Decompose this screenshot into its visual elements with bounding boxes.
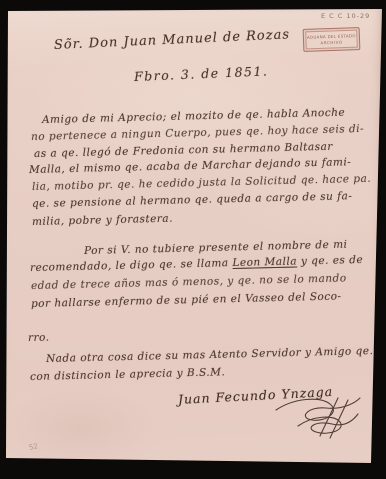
body-line: por hallarse enfermo de su pié en el Vas… — [31, 290, 342, 310]
letter-paper: E C C 10-29 ADUANA DEL ESTADO ARCHIVO Sõ… — [0, 0, 386, 479]
body-line: Amigo de mi Aprecio; el mozito de qe. ha… — [42, 107, 345, 126]
signature-rubric-flourish-icon — [268, 396, 364, 444]
body-line: Malla, el mismo qe. acaba de Marchar dej… — [29, 156, 352, 176]
body-line: rro. — [28, 331, 50, 344]
body-line-segment: y qe. es de — [297, 254, 363, 268]
body-line: no pertenece a ningun Cuerpo, pues qe. h… — [31, 123, 364, 143]
body-line: qe. se pensione al hermano qe. queda a c… — [32, 190, 353, 210]
pencil-note-top-right: E C C 10-29 — [321, 12, 370, 20]
body-line: edad de trece años mas ó menos, y qe. no… — [31, 272, 347, 292]
body-line: milia, pobre y forastera. — [32, 213, 173, 228]
body-line-segment: recomendado, le digo qe. se llama — [30, 257, 233, 274]
pencil-note-bottom-left: 52 — [28, 442, 38, 452]
salutation-line: Sõr. Don Juan Manuel de Rozas — [54, 27, 291, 53]
archive-stamp: ADUANA DEL ESTADO ARCHIVO — [303, 27, 361, 52]
date-line: Fbro. 3. de 1851. — [134, 63, 269, 84]
body-line: con distincion le aprecia y B.S.M. — [30, 366, 226, 383]
scan-background: E C C 10-29 ADUANA DEL ESTADO ARCHIVO Sõ… — [0, 0, 386, 479]
body-line: recomendado, le digo qe. se llama Leon M… — [30, 254, 363, 274]
recommended-name-underlined: Leon Malla — [232, 255, 297, 269]
body-line: Nada otra cosa dice su mas Atento Servid… — [46, 345, 374, 365]
archive-stamp-line2: ARCHIVO — [320, 39, 342, 45]
